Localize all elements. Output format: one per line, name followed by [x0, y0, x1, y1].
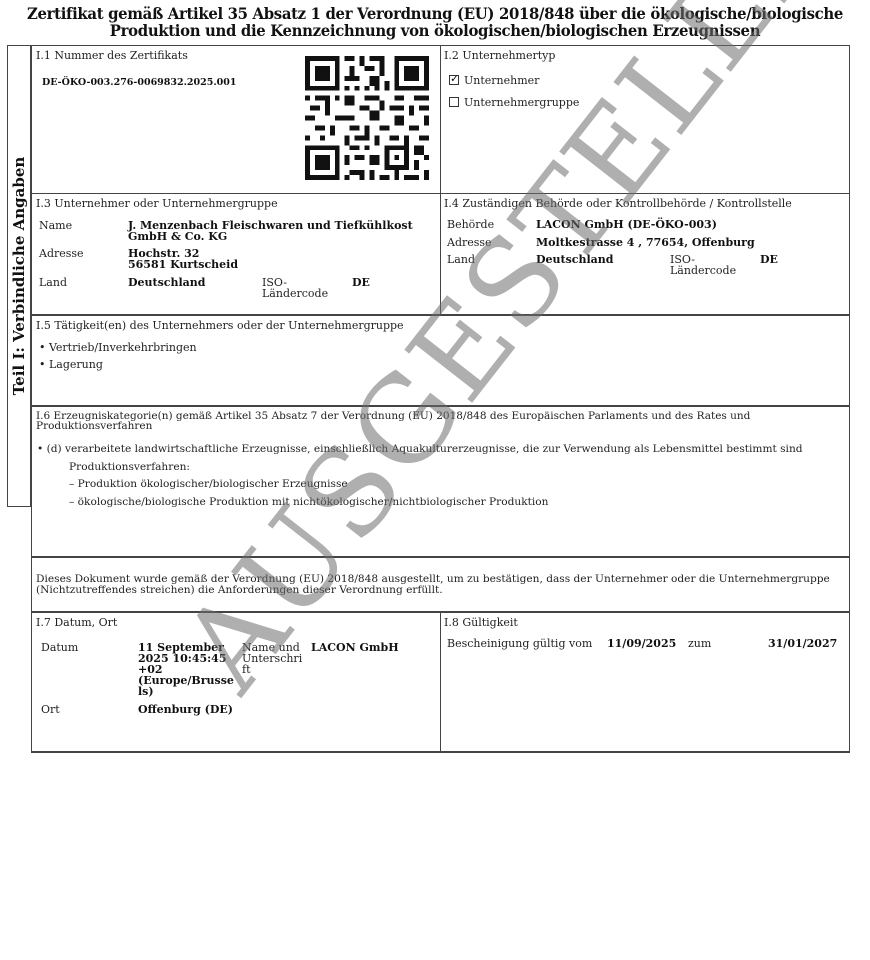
date-value: 11 September 2025 10:45:45 +02 (Europe/B… — [138, 642, 234, 697]
name-label: Name — [39, 220, 72, 232]
address-value: Hochstr. 32 56581 Kurtscheid — [128, 248, 238, 270]
iso-code: DE — [352, 277, 370, 289]
document-title: Zertifikat gemäß Artikel 35 Absatz 1 der… — [17, 5, 852, 39]
section-1-5: I.5 Tätigkeit(en) des Unternehmers oder … — [31, 314, 850, 406]
country-label: Land — [39, 277, 67, 289]
qr-code-icon — [305, 56, 429, 180]
iso-label: ISO- Ländercode — [670, 254, 736, 276]
section-1-7: I.7 Datum, Ort Datum 11 September 2025 1… — [31, 611, 441, 753]
name-value: J. Menzenbach Fleischwaren und Tiefkühlk… — [128, 220, 413, 242]
authority-value: LACON GmbH (DE-ÖKO-003) — [536, 219, 717, 231]
signature-value: LACON GmbH — [311, 642, 399, 654]
option-label: Unternehmergruppe — [464, 96, 579, 109]
date-label: Datum — [41, 642, 78, 654]
method-item: – ökologische/biologische Produktion mit… — [69, 496, 548, 508]
authority-label: Behörde — [447, 219, 494, 231]
place-label: Ort — [41, 704, 60, 716]
activity-item: • Lagerung — [39, 359, 103, 371]
activity-item: • Vertrieb/Inverkehrbringen — [39, 342, 197, 354]
section-header: I.1 Nummer des Zertifikats — [36, 50, 188, 62]
section-1-8: I.8 Gültigkeit Bescheinigung gültig vom … — [440, 611, 850, 753]
country-label: Land — [447, 254, 475, 266]
valid-to-label: zum — [688, 638, 711, 650]
valid-from-date: 11/09/2025 — [607, 638, 676, 650]
section-1-2: I.2 Unternehmertyp Unternehmer Unternehm… — [440, 45, 850, 194]
place-value: Offenburg (DE) — [138, 704, 233, 716]
section-header: I.8 Gültigkeit — [444, 617, 518, 629]
country-value: Deutschland — [536, 254, 614, 266]
method-item: – Produktion ökologischer/biologischer E… — [69, 478, 348, 490]
section-header: I.6 Erzeugniskategorie(n) gemäß Artikel … — [36, 411, 750, 431]
address-value: Moltkestrasse 4 , 77654, Offenburg — [536, 237, 755, 249]
statement: Dieses Dokument wurde gemäß der Verordnu… — [31, 556, 850, 612]
signature-label: Name und Unterschri ft — [242, 642, 302, 675]
checkbox-checked[interactable] — [449, 75, 459, 85]
address-label: Adresse — [39, 248, 84, 260]
section-1-6: I.6 Erzeugniskategorie(n) gemäß Artikel … — [31, 405, 850, 557]
part-label: Teil I: Verbindliche Angaben — [10, 157, 28, 396]
section-header: I.2 Unternehmertyp — [444, 50, 555, 62]
iso-code: DE — [760, 254, 778, 266]
option-label: Unternehmer — [464, 74, 539, 87]
address-label: Adresse — [447, 237, 492, 249]
country-value: Deutschland — [128, 277, 206, 289]
section-1-4: I.4 Zuständigen Behörde oder Kontrollbeh… — [440, 193, 850, 315]
product-category: • (d) verarbeitete landwirtschaftliche E… — [37, 443, 803, 455]
checkbox-unchecked[interactable] — [449, 97, 459, 107]
section-header: I.5 Tätigkeit(en) des Unternehmers oder … — [36, 320, 404, 332]
certificate-number: DE-ÖKO-003.276-0069832.2025.001 — [42, 77, 237, 89]
part-label-box: Teil I: Verbindliche Angaben — [7, 45, 31, 507]
option-unternehmergruppe[interactable]: Unternehmergruppe — [449, 97, 579, 109]
title-line-2: Produktion und die Kennzeichnung von öko… — [17, 22, 852, 39]
option-unternehmer[interactable]: Unternehmer — [449, 75, 539, 87]
section-header: I.7 Datum, Ort — [36, 617, 117, 629]
section-1-3: I.3 Unternehmer oder Unternehmergruppe N… — [31, 193, 441, 315]
title-line-1: Zertifikat gemäß Artikel 35 Absatz 1 der… — [17, 5, 852, 22]
section-header: I.3 Unternehmer oder Unternehmergruppe — [36, 198, 278, 210]
methods-label: Produktionsverfahren: — [69, 461, 190, 473]
statement-text: Dieses Dokument wurde gemäß der Verordnu… — [36, 574, 830, 596]
valid-from-label: Bescheinigung gültig vom — [447, 638, 592, 650]
valid-to-date: 31/01/2027 — [768, 638, 837, 650]
iso-label: ISO- Ländercode — [262, 277, 328, 299]
section-header: I.4 Zuständigen Behörde oder Kontrollbeh… — [444, 198, 792, 210]
